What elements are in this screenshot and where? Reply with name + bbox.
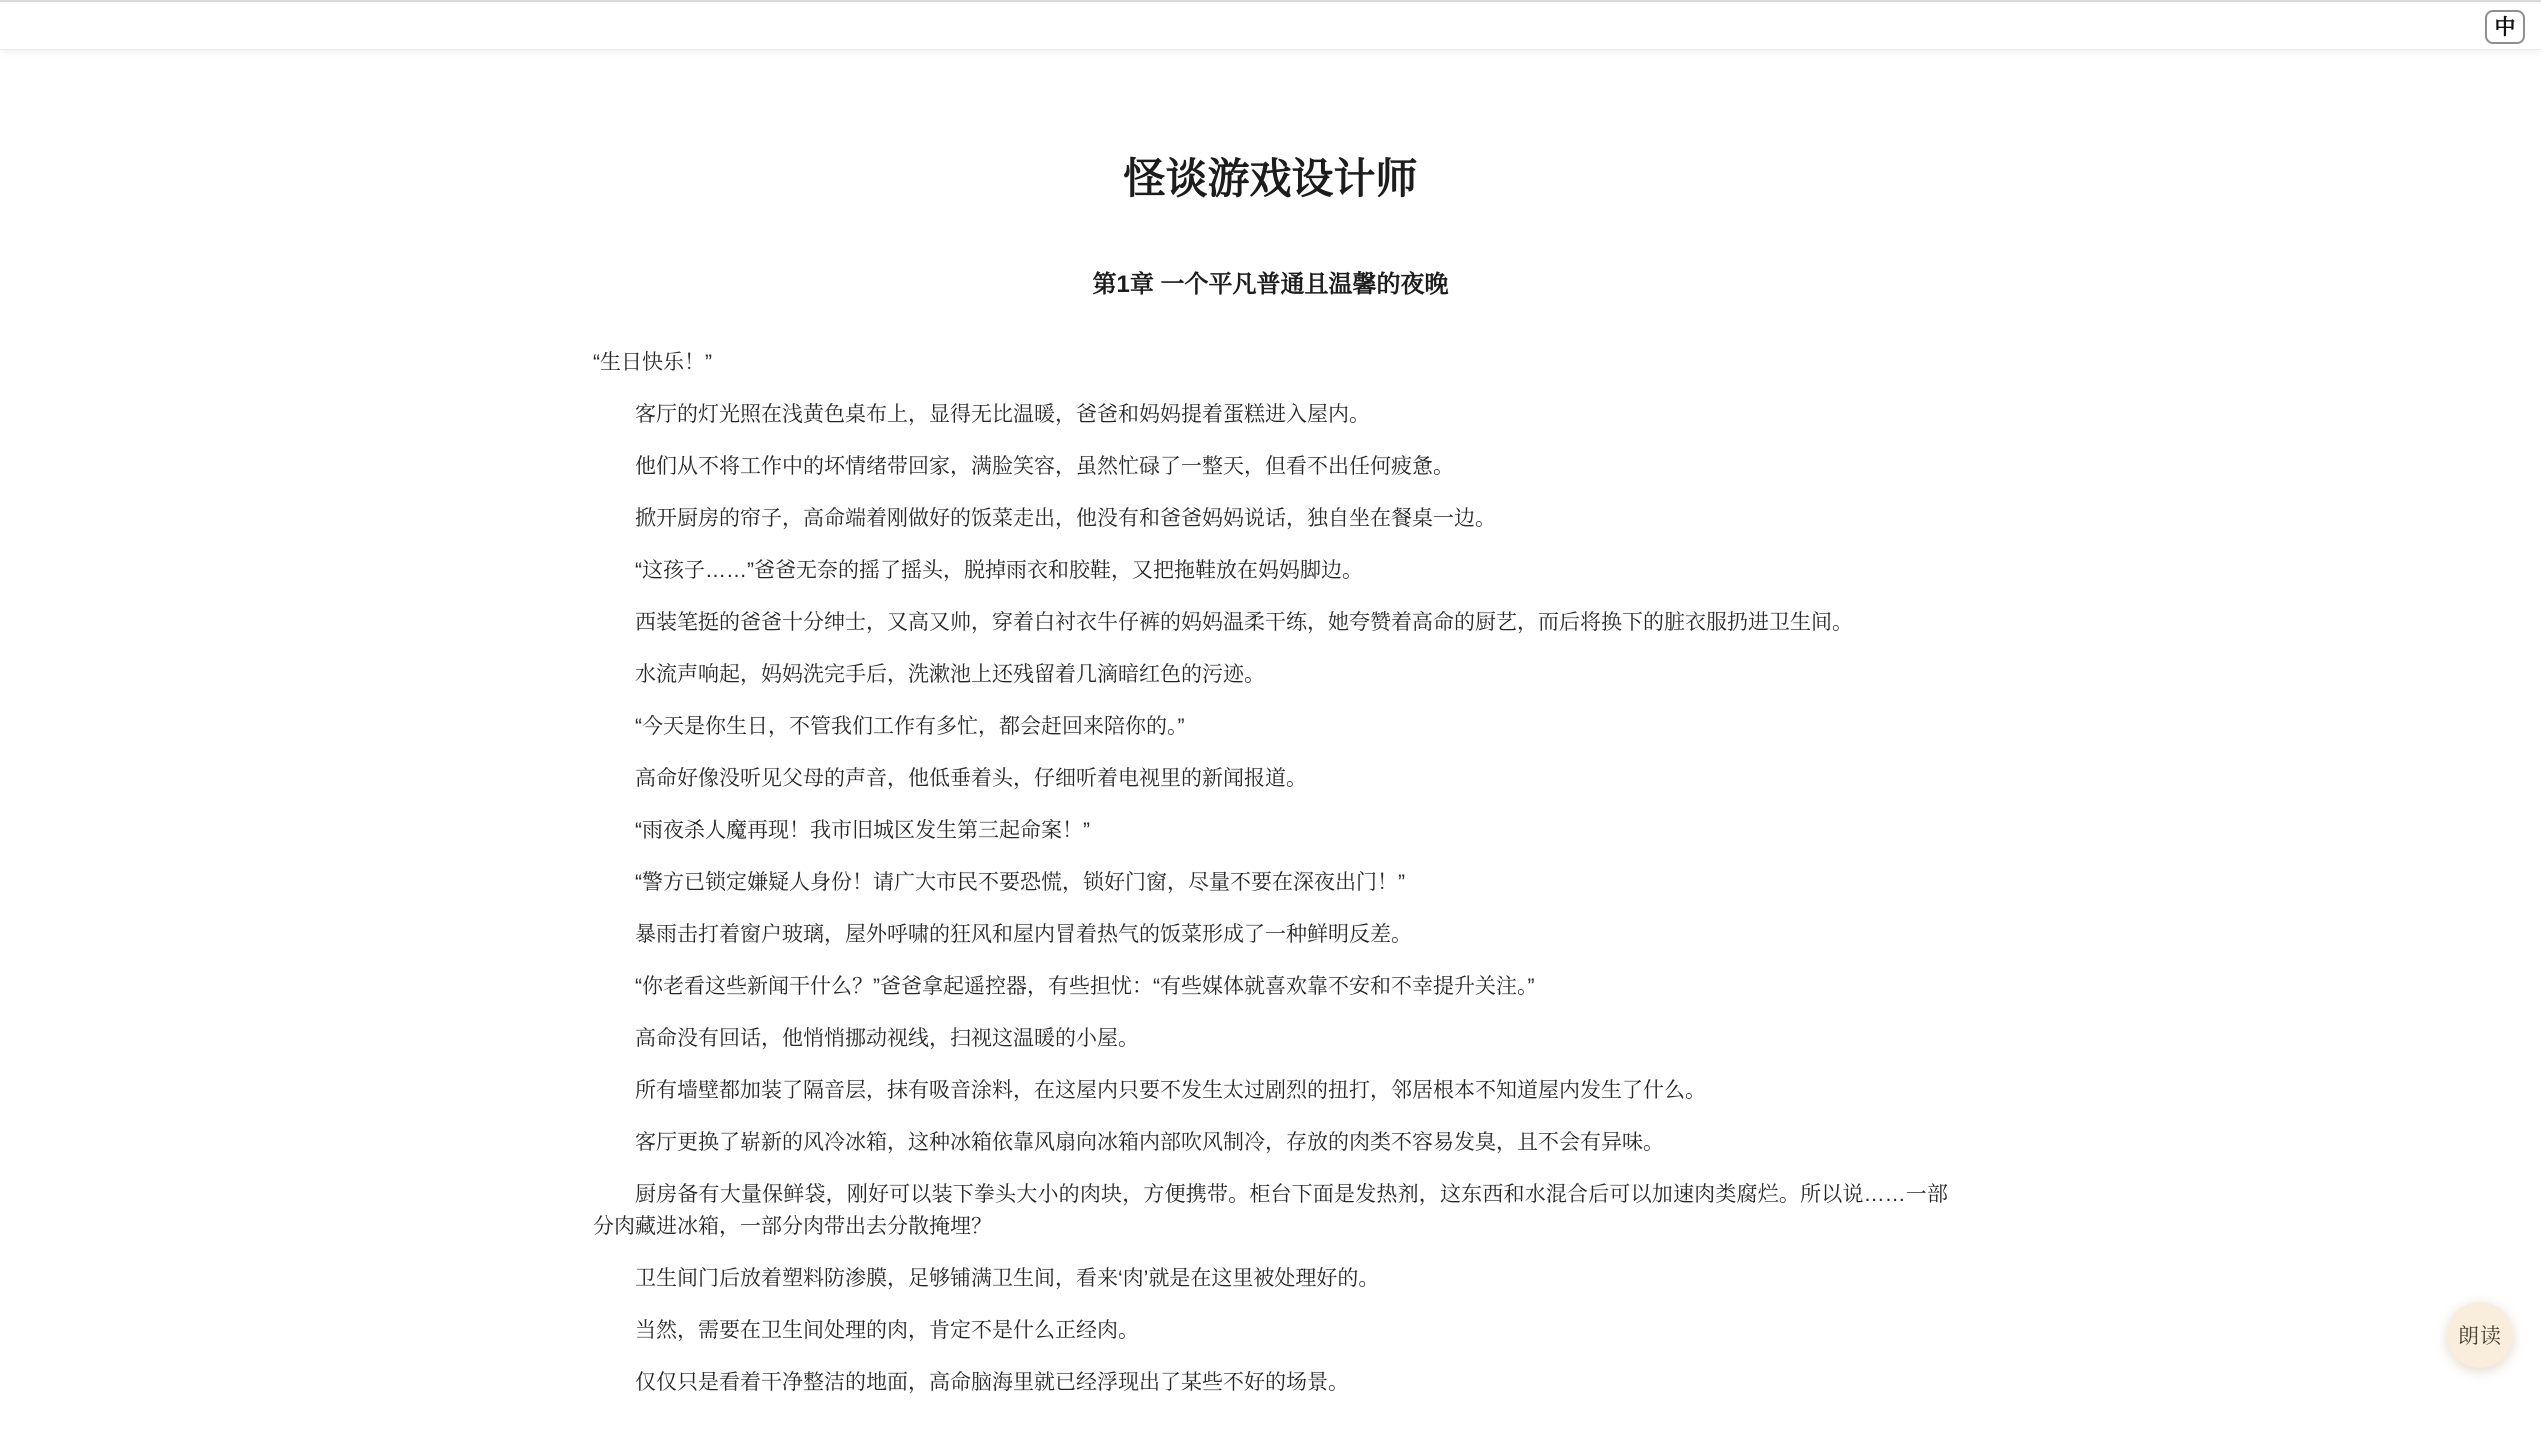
paragraph: 仅仅只是看着干净整洁的地面，高命脑海里就已经浮现出了某些不好的场景。 — [593, 1367, 1948, 1399]
paragraph: 水流声响起，妈妈洗完手后，洗漱池上还残留着几滴暗红色的污迹。 — [593, 659, 1948, 691]
paragraph: “你老看这些新闻干什么？”爸爸拿起遥控器，有些担忧：“有些媒体就喜欢靠不安和不幸… — [593, 971, 1948, 1003]
book-title: 怪谈游戏设计师 — [593, 153, 1948, 204]
paragraph: 卫生间门后放着塑料防渗膜，足够铺满卫生间，看来‘肉’就是在这里被处理好的。 — [593, 1263, 1948, 1295]
paragraph: “警方已锁定嫌疑人身份！请广大市民不要恐慌，锁好门窗，尽量不要在深夜出门！” — [593, 867, 1948, 899]
paragraph: 当然，需要在卫生间处理的肉，肯定不是什么正经肉。 — [593, 1315, 1948, 1347]
paragraph: 厨房备有大量保鲜袋，刚好可以装下拳头大小的肉块，方便携带。柜台下面是发热剂，这东… — [593, 1179, 1948, 1243]
paragraph: 客厅的灯光照在浅黄色桌布上，显得无比温暖，爸爸和妈妈提着蛋糕进入屋内。 — [593, 399, 1948, 431]
chapter-body: “生日快乐！”客厅的灯光照在浅黄色桌布上，显得无比温暖，爸爸和妈妈提着蛋糕进入屋… — [593, 347, 1948, 1429]
paragraph: “这孩子……”爸爸无奈的摇了摇头，脱掉雨衣和胶鞋，又把拖鞋放在妈妈脚边。 — [593, 555, 1948, 587]
paragraph: 高命好像没听见父母的声音，他低垂着头，仔细听着电视里的新闻报道。 — [593, 763, 1948, 795]
paragraph: “今天是你生日，不管我们工作有多忙，都会赶回来陪你的。” — [593, 711, 1948, 743]
reader-content: 怪谈游戏设计师 第1章 一个平凡普通且温馨的夜晚 “生日快乐！”客厅的灯光照在浅… — [593, 153, 1948, 1429]
read-aloud-button[interactable]: 朗读 — [2447, 1302, 2513, 1368]
paragraph: 暴雨击打着窗户玻璃，屋外呼啸的狂风和屋内冒着热气的饭菜形成了一种鲜明反差。 — [593, 919, 1948, 951]
paragraph: 客厅更换了崭新的风冷冰箱，这种冰箱依靠风扇向冰箱内部吹风制冷，存放的肉类不容易发… — [593, 1127, 1948, 1159]
top-bar: 中 — [0, 0, 2541, 50]
paragraph: 所有墙壁都加装了隔音层，抹有吸音涂料，在这屋内只要不发生太过剧烈的扭打，邻居根本… — [593, 1075, 1948, 1107]
paragraph: 西装笔挺的爸爸十分绅士，又高又帅，穿着白衬衣牛仔裤的妈妈温柔干练，她夸赞着高命的… — [593, 607, 1948, 639]
paragraph: 高命没有回话，他悄悄挪动视线，扫视这温暖的小屋。 — [593, 1023, 1948, 1055]
language-toggle-button[interactable]: 中 — [2485, 10, 2525, 44]
chapter-title: 第1章 一个平凡普通且温馨的夜晚 — [593, 270, 1948, 300]
paragraph: “生日快乐！” — [593, 347, 1948, 379]
paragraph: 掀开厨房的帘子，高命端着刚做好的饭菜走出，他没有和爸爸妈妈说话，独自坐在餐桌一边… — [593, 503, 1948, 535]
paragraph: 他们从不将工作中的坏情绪带回家，满脸笑容，虽然忙碌了一整天，但看不出任何疲惫。 — [593, 451, 1948, 483]
paragraph: “雨夜杀人魔再现！我市旧城区发生第三起命案！” — [593, 815, 1948, 847]
